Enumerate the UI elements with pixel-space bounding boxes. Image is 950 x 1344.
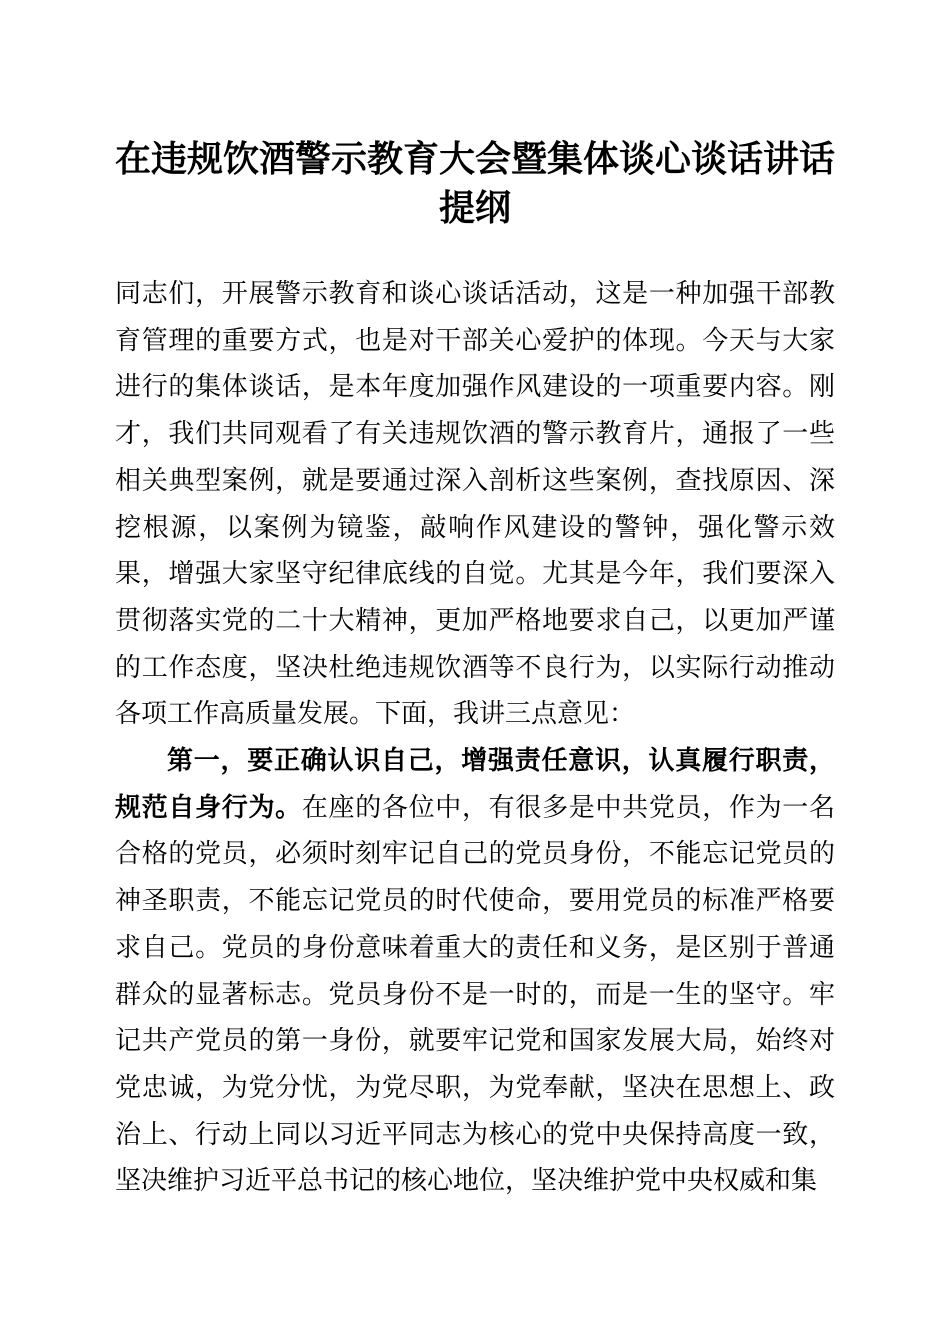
paragraph-intro-text: 同志们，开展警示教育和谈心谈话活动，这是一种加强干部教育管理的重要方式，也是对干… (115, 279, 835, 728)
document-title: 在违规饮酒警示教育大会暨集体谈心谈话讲话提纲 (115, 135, 835, 233)
document-page: 在违规饮酒警示教育大会暨集体谈心谈话讲话提纲 同志们，开展警示教育和谈心谈话活动… (0, 0, 950, 1344)
paragraph-first-point: 第一，要正确认识自己，增强责任意识，认真履行职责，规范自身行为。在座的各位中，有… (115, 738, 835, 1205)
paragraph-intro: 同志们，开展警示教育和谈心谈话活动，这是一种加强干部教育管理的重要方式，也是对干… (115, 271, 835, 738)
paragraph-first-point-body: 在座的各位中，有很多是中共党员，作为一名合格的党员，必须时刻牢记自己的党员身份，… (115, 793, 835, 1196)
